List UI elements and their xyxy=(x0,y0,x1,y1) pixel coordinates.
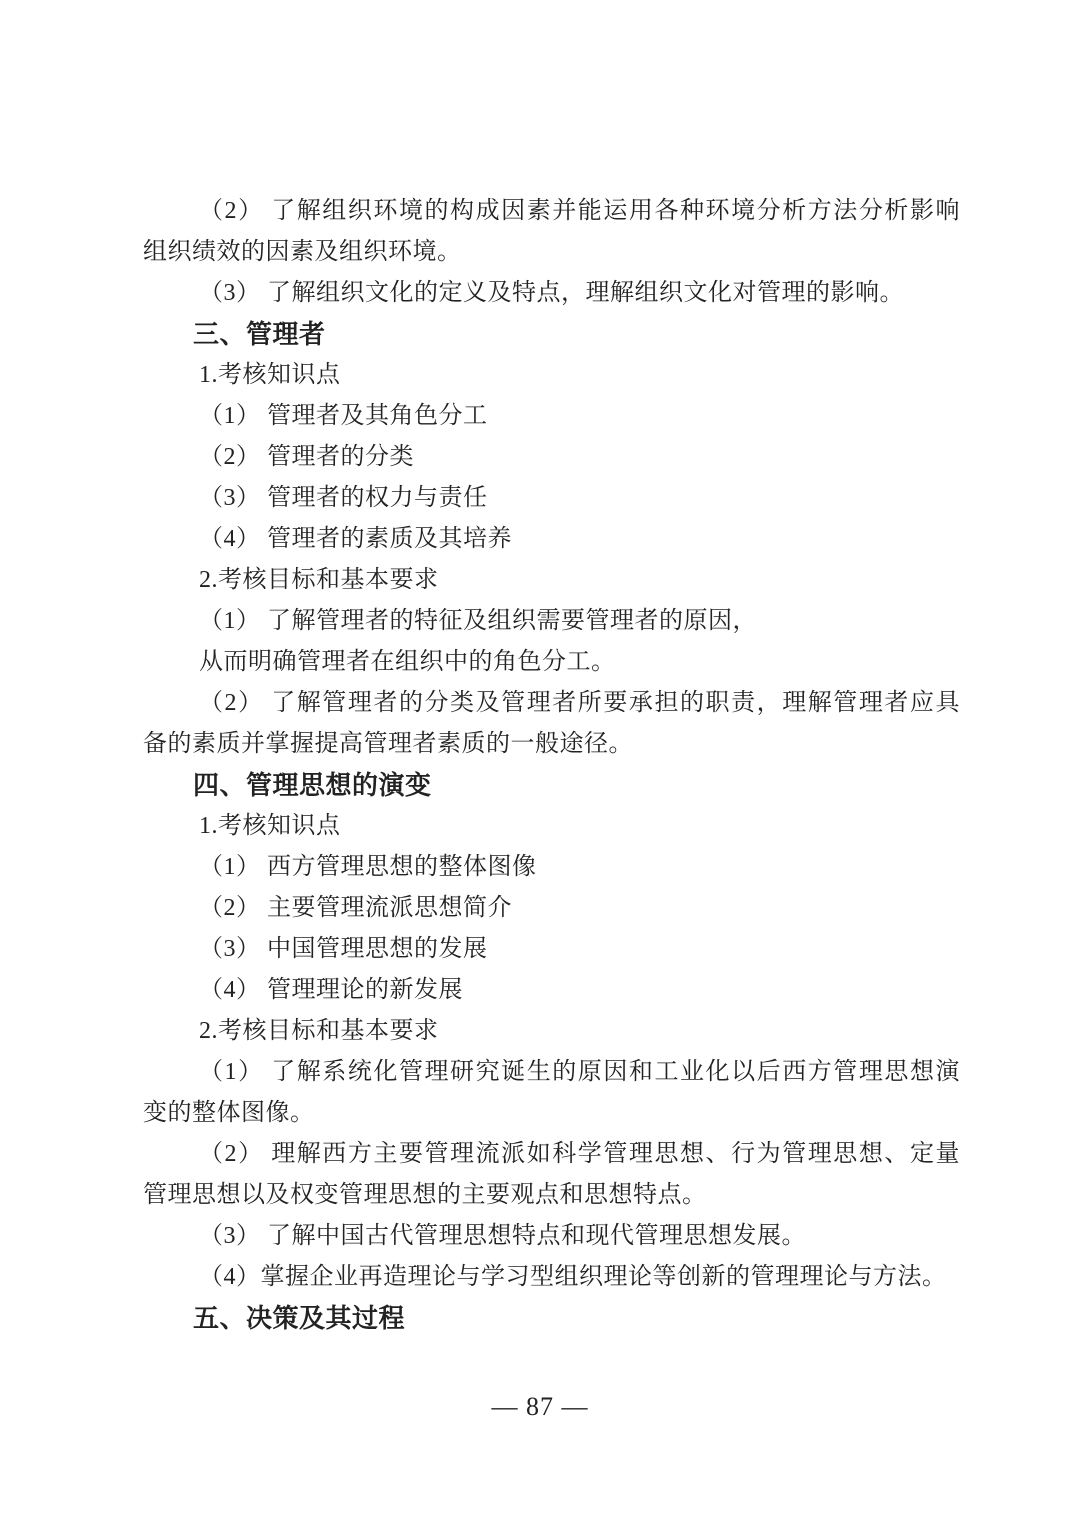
text-line: （3） 了解中国古代管理思想特点和现代管理思想发展。 xyxy=(143,1216,960,1257)
text-line: 备的素质并掌握提高管理者素质的一般途径。 xyxy=(143,724,960,765)
text-line: （4）掌握企业再造理论与学习型组织理论等创新的管理理论与方法。 xyxy=(143,1257,960,1298)
text-line: （2） 管理者的分类 xyxy=(143,437,960,478)
text-line: （1） 管理者及其角色分工 xyxy=(143,396,960,437)
document-body: （2） 了解组织环境的构成因素并能运用各种环境分析方法分析影响组织绩效的因素及组… xyxy=(143,191,960,1339)
text-line: 1.考核知识点 xyxy=(143,806,960,847)
text-line: 变的整体图像。 xyxy=(143,1093,960,1134)
text-line: 2.考核目标和基本要求 xyxy=(143,1011,960,1052)
text-line: （2） 了解管理者的分类及管理者所要承担的职责，理解管理者应具 xyxy=(143,683,960,724)
text-line: 从而明确管理者在组织中的角色分工。 xyxy=(143,642,960,683)
page-number: — 87 — xyxy=(492,1392,589,1421)
text-line: 组织绩效的因素及组织环境。 xyxy=(143,232,960,273)
text-line: 管理思想以及权变管理思想的主要观点和思想特点。 xyxy=(143,1175,960,1216)
text-line: （2） 了解组织环境的构成因素并能运用各种环境分析方法分析影响 xyxy=(143,191,960,232)
text-line: （2） 主要管理流派思想简介 xyxy=(143,888,960,929)
text-line: （4） 管理理论的新发展 xyxy=(143,970,960,1011)
text-line: （2） 理解西方主要管理流派如科学管理思想、行为管理思想、定量 xyxy=(143,1134,960,1175)
text-line: （1） 了解系统化管理研究诞生的原因和工业化以后西方管理思想演 xyxy=(143,1052,960,1093)
text-line: （3） 了解组织文化的定义及特点，理解组织文化对管理的影响。 xyxy=(143,273,960,314)
text-line: 2.考核目标和基本要求 xyxy=(143,560,960,601)
section-heading: 四、管理思想的演变 xyxy=(143,765,960,806)
section-heading: 五、决策及其过程 xyxy=(143,1298,960,1339)
text-line: （1） 西方管理思想的整体图像 xyxy=(143,847,960,888)
section-heading: 三、管理者 xyxy=(143,314,960,355)
text-line: （1） 了解管理者的特征及组织需要管理者的原因， xyxy=(143,601,960,642)
text-line: 1.考核知识点 xyxy=(143,355,960,396)
text-line: （3） 管理者的权力与责任 xyxy=(143,478,960,519)
page-footer: — 87 — xyxy=(0,1386,1080,1427)
document-page: （2） 了解组织环境的构成因素并能运用各种环境分析方法分析影响组织绩效的因素及组… xyxy=(0,0,1080,1527)
text-line: （3） 中国管理思想的发展 xyxy=(143,929,960,970)
text-line: （4） 管理者的素质及其培养 xyxy=(143,519,960,560)
